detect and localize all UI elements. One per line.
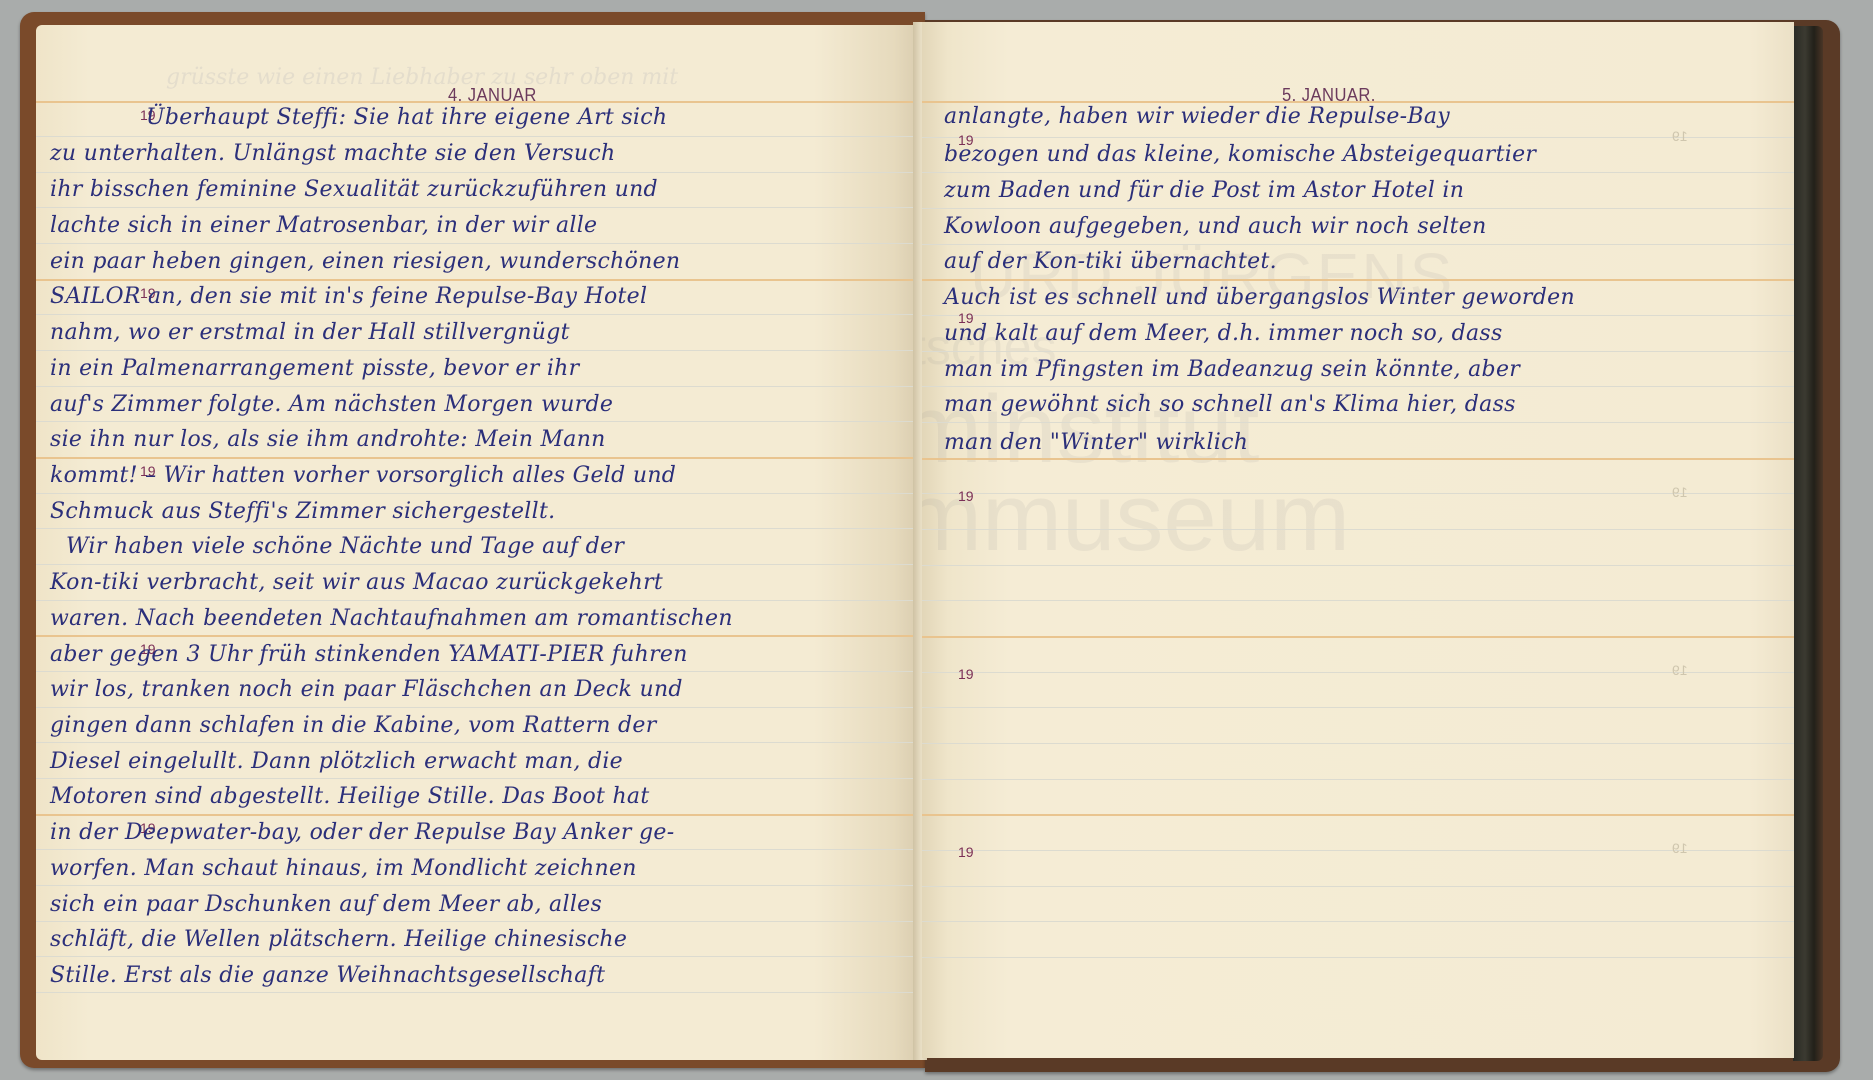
ruled-line xyxy=(922,600,1794,601)
section-rule xyxy=(36,635,920,637)
ruled-line xyxy=(36,778,920,779)
handwritten-line: sie ihn nur los, als sie ihm androhte: M… xyxy=(50,427,606,452)
handwritten-line: zu unterhalten. Unlängst machte sie den … xyxy=(50,141,615,166)
ruled-line xyxy=(922,672,1794,673)
ruled-line xyxy=(36,528,920,529)
ruled-line xyxy=(922,565,1794,566)
right-page: URD JÜRGENS tsches minstitut mmuseum 5. … xyxy=(922,22,1794,1058)
ruled-line xyxy=(922,529,1794,530)
ruled-line xyxy=(922,422,1794,423)
bleed-through-year: 19 xyxy=(1672,128,1688,144)
handwritten-line: man gewöhnt sich so schnell an's Klima h… xyxy=(944,392,1516,417)
ruled-line xyxy=(36,707,920,708)
handwritten-line: bezogen und das kleine, komische Absteig… xyxy=(944,142,1536,167)
ruled-line xyxy=(922,493,1794,494)
ruled-line xyxy=(922,137,1794,138)
ruled-line xyxy=(922,172,1794,173)
ruled-line xyxy=(36,992,920,993)
handwritten-line: man im Pfingsten im Badeanzug sein könnt… xyxy=(944,357,1520,382)
ruled-line xyxy=(36,136,920,137)
section-rule xyxy=(922,279,1794,281)
ruled-line xyxy=(36,243,920,244)
ruled-line xyxy=(922,351,1794,352)
handwritten-line: worfen. Man schaut hinaus, im Mondlicht … xyxy=(50,856,637,881)
handwritten-line: Motoren sind abgestellt. Heilige Stille.… xyxy=(50,784,649,809)
ruled-line xyxy=(922,779,1794,780)
handwritten-line: waren. Nach beendeten Nachtaufnahmen am … xyxy=(50,606,733,631)
handwritten-line: anlangte, haben wir wieder die Repulse-B… xyxy=(944,104,1450,129)
ruled-line xyxy=(36,600,920,601)
handwritten-line: lachte sich in einer Matrosenbar, in der… xyxy=(50,213,597,238)
handwritten-line: in der Deepwater-bay, oder der Repulse B… xyxy=(50,820,674,845)
ruled-line xyxy=(922,315,1794,316)
handwritten-line: Überhaupt Steffi: Sie hat ihre eigene Ar… xyxy=(146,105,667,130)
section-rule xyxy=(36,457,920,459)
ruled-line xyxy=(36,742,920,743)
ruled-line xyxy=(36,885,920,886)
handwritten-line: SAILOR an, den sie mit in's feine Repuls… xyxy=(50,284,647,309)
handwritten-line: Kon-tiki verbracht, seit wir aus Macao z… xyxy=(50,570,663,595)
ruled-line xyxy=(36,671,920,672)
ruled-line xyxy=(36,207,920,208)
year-marker: 19 xyxy=(958,488,974,504)
handwritten-line: nahm, wo er erstmal in der Hall stillver… xyxy=(50,320,570,345)
ruled-line xyxy=(922,886,1794,887)
section-rule xyxy=(922,636,1794,638)
ruled-line xyxy=(36,314,920,315)
ruled-line xyxy=(36,350,920,351)
section-rule xyxy=(922,101,1794,103)
ruled-line xyxy=(922,386,1794,387)
handwritten-line: Auch ist es schnell und übergangslos Win… xyxy=(944,285,1575,310)
year-marker: 19 xyxy=(958,666,974,682)
section-rule xyxy=(922,814,1794,816)
ruled-line xyxy=(36,421,920,422)
handwritten-line: auf der Kon-tiki übernachtet. xyxy=(944,249,1277,274)
handwritten-line: Schmuck aus Steffi's Zimmer sichergestel… xyxy=(50,499,555,524)
handwritten-line: schläft, die Wellen plätschern. Heilige … xyxy=(50,927,627,952)
handwritten-line: aber gegen 3 Uhr früh stinkenden YAMATI-… xyxy=(50,642,688,667)
ruled-line xyxy=(36,849,920,850)
handwritten-line: kommt! – Wir hatten vorher vorsorglich a… xyxy=(50,463,676,488)
handwritten-line: Diesel eingelullt. Dann plötzlich erwach… xyxy=(50,749,623,774)
ruled-line xyxy=(36,172,920,173)
handwritten-line: auf's Zimmer folgte. Am nächsten Morgen … xyxy=(50,392,613,417)
handwritten-line: Kowloon aufgegeben, und auch wir noch se… xyxy=(944,214,1487,239)
handwritten-line: wir los, tranken noch ein paar Fläschche… xyxy=(50,677,683,702)
ruled-line xyxy=(922,244,1794,245)
ruled-line xyxy=(922,743,1794,744)
ruled-line xyxy=(922,850,1794,851)
ruled-line xyxy=(922,957,1794,958)
ruled-line xyxy=(36,956,920,957)
handwritten-line: man den "Winter" wirklich xyxy=(944,430,1248,455)
bleed-through-year: 19 xyxy=(1672,484,1688,500)
handwritten-line: gingen dann schlafen in die Kabine, vom … xyxy=(50,713,657,738)
handwritten-line: Wir haben viele schöne Nächte und Tage a… xyxy=(66,534,624,559)
year-marker: 19 xyxy=(958,844,974,860)
ruled-line xyxy=(36,921,920,922)
section-rule xyxy=(36,814,920,816)
section-rule xyxy=(36,101,920,103)
ruled-line xyxy=(922,921,1794,922)
watermark-line: mmuseum xyxy=(922,470,1350,566)
page-block-edge xyxy=(1793,26,1823,1061)
handwritten-line: ihr bisschen feminine Sexualität zurückz… xyxy=(50,177,658,202)
ruled-line xyxy=(36,386,920,387)
bleed-through-text: grüsste wie einen Liebhaber zu sehr oben… xyxy=(166,65,678,90)
handwritten-line: in ein Palmenarrangement pisste, bevor e… xyxy=(50,356,579,381)
ruled-line xyxy=(922,707,1794,708)
ruled-line xyxy=(36,493,920,494)
bleed-through-year: 19 xyxy=(1672,840,1688,856)
handwritten-line: ein paar heben gingen, einen riesigen, w… xyxy=(50,249,680,274)
section-rule xyxy=(36,279,920,281)
handwritten-line: Stille. Erst als die ganze Weihnachtsges… xyxy=(50,963,605,988)
handwritten-line: und kalt auf dem Meer, d.h. immer noch s… xyxy=(944,321,1503,346)
handwritten-line: sich ein paar Dschunken auf dem Meer ab,… xyxy=(50,892,602,917)
bleed-through-year: 19 xyxy=(1672,662,1688,678)
ruled-line xyxy=(36,564,920,565)
left-page: grüsste wie einen Liebhaber zu sehr oben… xyxy=(36,25,920,1060)
handwritten-line: zum Baden und für die Post im Astor Hote… xyxy=(944,178,1464,203)
ruled-line xyxy=(922,208,1794,209)
section-rule xyxy=(922,458,1794,460)
